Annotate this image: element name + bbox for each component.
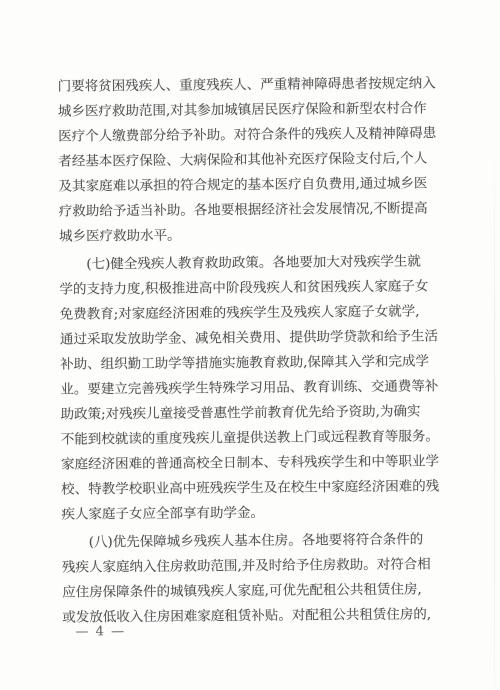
text-line: 家庭经济困难的普通高校全日制本、专科残疾学生和中等职业学 (61, 449, 445, 477)
document-scan-area: 门要将贫困残疾人、重度残疾人、严重精神障碍患者按规定纳入城乡医疗救助范围,对其参… (0, 0, 500, 690)
text-line: 应住房保障条件的城镇残疾人家庭,可优先配租公共租赁住房, (62, 577, 446, 605)
text-line: 不能到校就读的重度残疾儿童提供送教上门或远程教育等服务。 (61, 424, 445, 452)
scan-edge-artifact (494, 130, 495, 690)
text-line: 补助、组织勤工助学等措施实施教育救助,保障其入学和完成学 (60, 349, 444, 377)
paragraph: (七)健全残疾人教育救助政策。各地要加大对残疾学生就学的支持力度,积极推进高中阶… (59, 249, 445, 527)
text-line: 业。要建立完善残疾学生特殊学习用品、教育训练、交通费等补 (60, 374, 444, 402)
text-line: 校、特教学校职业高中班残疾学生及在校生中家庭经济困难的残 (61, 474, 445, 502)
page-number: — 4 — (75, 624, 125, 639)
text-line: 残疾人家庭纳入住房救助范围,并及时给予住房救助。对符合相 (62, 552, 446, 580)
text-line: 疾人家庭子女应全部享有助学金。 (61, 499, 445, 527)
text-line: 学的支持力度,积极推进高中阶段残疾人和贫困残疾人家庭子女 (59, 274, 443, 302)
paragraph: 门要将贫困残疾人、重度残疾人、严重精神障碍患者按规定纳入城乡医疗救助范围,对其参… (58, 71, 444, 249)
text-line: 门要将贫困残疾人、重度残疾人、严重精神障碍患者按规定纳入 (58, 71, 442, 99)
text-line: 者经基本医疗保险、大病保险和其他补充医疗保险支付后,个人 (58, 146, 442, 174)
text-line: 及其家庭难以承担的符合规定的基本医疗自负费用,通过城乡医 (59, 171, 443, 199)
text-line: 医疗个人缴费部分给予补助。对符合条件的残疾人及精神障碍患 (58, 121, 442, 149)
paragraph: (八)优先保障城乡残疾人基本住房。各地要将符合条件的残疾人家庭纳入住房救助范围,… (62, 527, 447, 630)
document-body: 门要将贫困残疾人、重度残疾人、严重精神障碍患者按规定纳入城乡医疗救助范围,对其参… (58, 71, 447, 630)
text-line: 疗救助给予适当补助。各地要根据经济社会发展情况,不断提高 (59, 196, 443, 224)
text-line: 助政策;对残疾儿童接受普惠性学前教育优先给予资助,为确实 (60, 399, 444, 427)
text-line: 通过采取发放助学金、减免相关费用、提供助学贷款和给予生活 (60, 324, 444, 352)
text-line: (八)优先保障城乡残疾人基本住房。各地要将符合条件的 (62, 527, 446, 555)
text-line: 免费教育;对家庭经济困难的残疾学生及残疾人家庭子女就学, (60, 299, 444, 327)
text-line: 城乡医疗救助水平。 (59, 221, 443, 249)
scanned-document-page: 门要将贫困残疾人、重度残疾人、严重精神障碍患者按规定纳入城乡医疗救助范围,对其参… (0, 0, 500, 690)
text-line: 城乡医疗救助范围,对其参加城镇居民医疗保险和新型农村合作 (58, 96, 442, 124)
text-line: (七)健全残疾人教育救助政策。各地要加大对残疾学生就 (59, 249, 443, 277)
